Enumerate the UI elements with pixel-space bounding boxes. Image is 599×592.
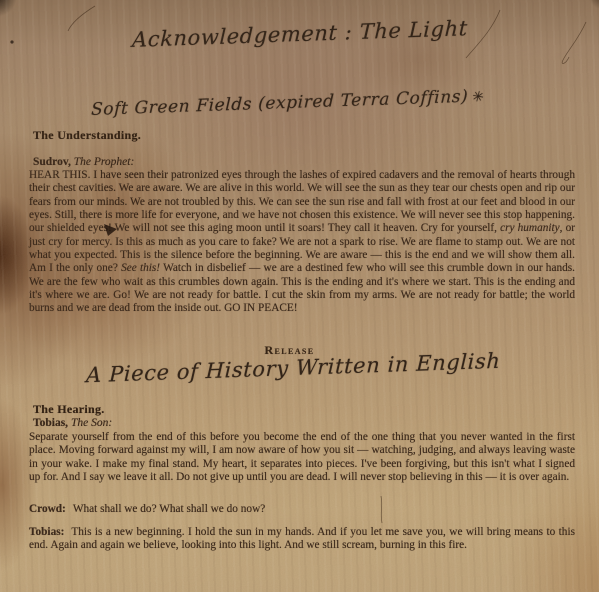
handwritten-title-text: Acknowledgement : The Light (131, 16, 468, 52)
speaker-line-understanding: Sudrov, The Prophet: (33, 156, 134, 168)
crowd-label: Crowd: (29, 503, 66, 515)
tobias-label: Tobias: (29, 526, 64, 538)
speaker-name: Tobias, (33, 417, 68, 429)
tobias-closing-line: Tobias:This is a new beginning. I hold t… (29, 526, 575, 553)
speaker-name: Sudrov, (33, 156, 71, 168)
section-heading-hearing: The Hearing. (33, 402, 105, 417)
tobias-text: This is a new beginning. I hold the sun … (29, 526, 575, 551)
speaker-role: The Son: (71, 417, 112, 429)
monologue-italic: See this! (121, 262, 160, 274)
speaker-role: The Prophet: (74, 156, 135, 168)
liner-notes-page: Acknowledgement : The Light Soft Green F… (0, 0, 599, 592)
section-heading-understanding: The Understanding. (33, 128, 141, 143)
monologue-understanding: HEAR THIS. I have seen their patronized … (29, 169, 575, 316)
handwritten-title: Acknowledgement : The Light (0, 22, 599, 46)
monologue-italic: cry humanity (500, 222, 560, 234)
crowd-line: Crowd:What shall we do? What shall we do… (29, 503, 575, 516)
speaker-line-hearing: Tobias, The Son: (33, 417, 112, 429)
monologue-text: HEAR THIS. I have seen their patronized … (29, 169, 575, 234)
song-title-mark: ✳ (470, 88, 486, 106)
crowd-text: What shall we do? What shall we do now? (73, 503, 265, 515)
handwritten-release-title: A Piece of History Written in English (0, 356, 593, 380)
handwritten-song-title: Soft Green Fields (expired Terra Coffins… (0, 93, 587, 113)
handwritten-song-title-text: Soft Green Fields (expired Terra Coffins… (90, 87, 468, 120)
monologue-hearing: Separate yourself from the end of this b… (29, 431, 575, 484)
